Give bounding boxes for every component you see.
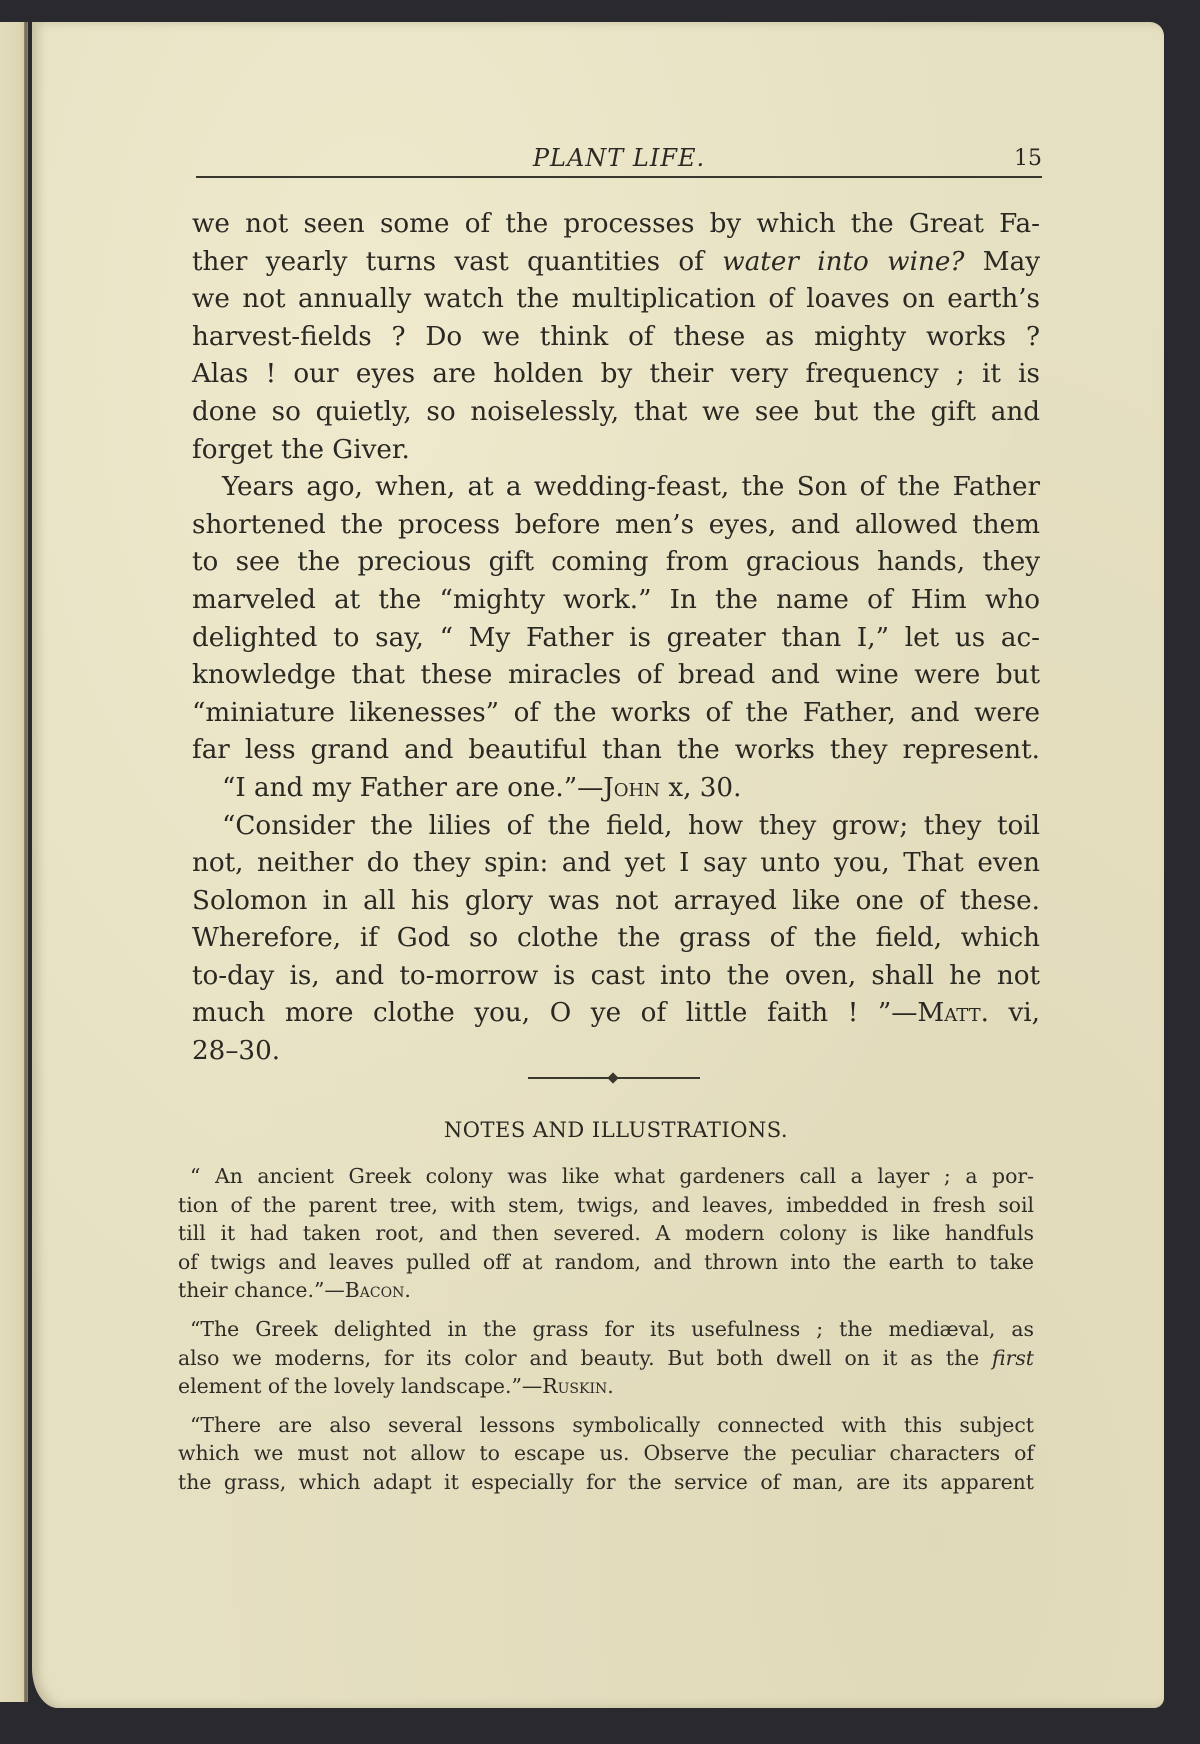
text-line: to-day is, and to-morrow is cast into th… [192,958,1040,996]
text-line: Solomon in all his glory was not arrayed… [192,883,1040,921]
paragraph-1: we not seen some of the processes by whi… [192,206,1040,469]
note-bacon: “ An ancient Greek colony was like what … [178,1162,1034,1305]
text-line: shortened the process before men’s eyes,… [192,507,1040,545]
text-line: far less grand and beautiful than the wo… [192,732,1040,770]
running-head: PLANT LIFE. 15 [196,138,1042,178]
paragraph-2: Years ago, when, at a wedding-feast, the… [192,469,1040,770]
citation: John [603,773,660,803]
main-text: we not seen some of the processes by whi… [192,206,1040,1071]
text-span: ther yearly turns vast quantities of [192,247,722,277]
italic-phrase: water into wine? [722,247,964,277]
text-line: marveled at the “mighty work.” In the na… [192,582,1040,620]
text-line: to see the precious gift coming from gra… [192,544,1040,582]
text-line: we not annually watch the multiplication… [192,281,1040,319]
notes-section: “ An ancient Greek colony was like what … [178,1162,1034,1507]
text-line: delighted to say, “ My Father is greater… [192,620,1040,658]
text-line: ther yearly turns vast quantities of wat… [192,244,1040,282]
text-line: not, neither do they spin: and yet I say… [192,845,1040,883]
text-span: May [964,247,1040,277]
citation: Matt. [917,998,989,1028]
running-title: PLANT LIFE. [196,144,1042,172]
text-line: till it had taken root, and then severed… [178,1219,1034,1248]
text-line: done so quietly, so noiselessly, that we… [192,394,1040,432]
text-line: Alas ! our eyes are holden by their very… [192,356,1040,394]
section-divider-ornament [528,1074,700,1082]
book-gutter [24,22,28,1702]
text-line: which we must not allow to escape us. Ob… [178,1439,1034,1468]
text-span: also we moderns, for its color and beaut… [178,1346,992,1370]
text-line: knowledge that these miracles of bread a… [192,657,1040,695]
paragraph-4: “Consider the lilies of the field, how t… [192,808,1040,1071]
citation-ref: vi, [989,998,1040,1028]
text-span: much more clothe you, O ye of little fai… [192,998,917,1028]
text-line: “ An ancient Greek colony was like what … [178,1162,1034,1191]
diamond-icon [607,1072,618,1083]
notes-heading: NOTES AND ILLUSTRATIONS. [192,1118,1040,1142]
text-line: of twigs and leaves pulled off at random… [178,1248,1034,1277]
quote-text: “I and my Father are one.”— [222,773,603,803]
text-line: “The Greek delighted in the grass for it… [178,1315,1034,1344]
page-number: 15 [1014,146,1042,171]
text-line: “miniature likenesses” of the works of t… [192,695,1040,733]
text-line: we not seen some of the processes by whi… [192,206,1040,244]
text-span: their chance.”— [178,1278,345,1302]
italic-word: first [992,1346,1034,1370]
text-line: much more clothe you, O ye of little fai… [192,995,1040,1033]
text-line: the grass, which adapt it especially for… [178,1468,1034,1497]
citation-ref: x, 30. [660,773,741,803]
text-line: Years ago, when, at a wedding-feast, the… [192,469,1040,507]
text-line: “I and my Father are one.”—John x, 30. [192,770,1040,808]
text-line: forget the Giver. [192,432,1040,470]
text-line: also we moderns, for its color and beaut… [178,1344,1034,1373]
text-line: tion of the parent tree, with stem, twig… [178,1191,1034,1220]
note-author: Bacon. [345,1278,411,1302]
header-rule [196,176,1042,178]
text-line: their chance.”—Bacon. [178,1276,1034,1305]
text-line: “Consider the lilies of the field, how t… [192,808,1040,846]
paragraph-3: “I and my Father are one.”—John x, 30. [192,770,1040,808]
note-grass-lessons: “There are also several lessons symbolic… [178,1411,1034,1497]
note-author: Ruskin. [542,1374,613,1398]
text-line: harvest-fields ? Do we think of these as… [192,319,1040,357]
note-ruskin: “The Greek delighted in the grass for it… [178,1315,1034,1401]
text-line: element of the lovely landscape.”—Ruskin… [178,1372,1034,1401]
text-line: 28–30. [192,1033,1040,1071]
text-line: Wherefore, if God so clothe the grass of… [192,920,1040,958]
text-span: element of the lovely landscape.”— [178,1374,542,1398]
text-line: “There are also several lessons symbolic… [178,1411,1034,1440]
